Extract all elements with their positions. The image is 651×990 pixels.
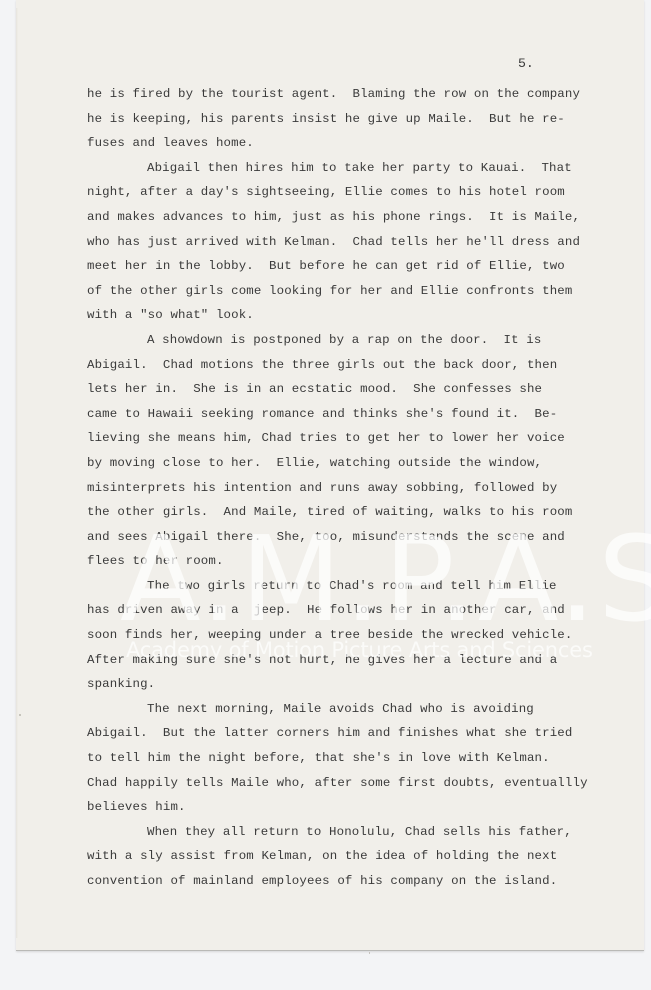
text-line: flees to her room.: [87, 549, 607, 574]
text-line: he is fired by the tourist agent. Blamin…: [87, 82, 607, 107]
text-line: believes him.: [87, 795, 607, 820]
text-line: came to Hawaii seeking romance and think…: [87, 402, 607, 427]
text-line: Abigail. Chad motions the three girls ou…: [87, 353, 607, 378]
text-line: After making sure she's not hurt, he giv…: [87, 648, 607, 673]
text-line: with a sly assist from Kelman, on the id…: [87, 844, 607, 869]
text-line: The next morning, Maile avoids Chad who …: [87, 697, 607, 722]
text-line: meet her in the lobby. But before he can…: [87, 254, 607, 279]
text-line: soon finds her, weeping under a tree bes…: [87, 623, 607, 648]
text-line: who has just arrived with Kelman. Chad t…: [87, 230, 607, 255]
paper-speck: [19, 714, 21, 716]
text-line: spanking.: [87, 672, 607, 697]
text-line: convention of mainland employees of his …: [87, 869, 607, 894]
text-line: has driven away in a jeep. He follows he…: [87, 598, 607, 623]
text-line: lets her in. She is in an ecstatic mood.…: [87, 377, 607, 402]
text-line: Chad happily tells Maile who, after some…: [87, 771, 607, 796]
text-line: of the other girls come looking for her …: [87, 279, 607, 304]
page-number: 5.: [518, 56, 534, 71]
text-line: by moving close to her. Ellie, watching …: [87, 451, 607, 476]
text-line: fuses and leaves home.: [87, 131, 607, 156]
text-line: the other girls. And Maile, tired of wai…: [87, 500, 607, 525]
text-line: Abigail. But the latter corners him and …: [87, 721, 607, 746]
text-line: When they all return to Honolulu, Chad s…: [87, 820, 607, 845]
text-line: he is keeping, his parents insist he giv…: [87, 107, 607, 132]
page-edge: [16, 8, 18, 938]
paper-speck: [369, 952, 370, 954]
text-line: A showdown is postponed by a rap on the …: [87, 328, 607, 353]
text-line: The two girls return to Chad's room and …: [87, 574, 607, 599]
text-line: lieving she means him, Chad tries to get…: [87, 426, 607, 451]
text-line: misinterprets his intention and runs awa…: [87, 476, 607, 501]
text-line: and sees Abigail there. She, too, misund…: [87, 525, 607, 550]
text-line: night, after a day's sightseeing, Ellie …: [87, 180, 607, 205]
text-line: to tell him the night before, that she's…: [87, 746, 607, 771]
text-line: and makes advances to him, just as his p…: [87, 205, 607, 230]
text-line: Abigail then hires him to take her party…: [87, 156, 607, 181]
text-line: with a "so what" look.: [87, 303, 607, 328]
typed-body-text: he is fired by the tourist agent. Blamin…: [87, 82, 607, 894]
